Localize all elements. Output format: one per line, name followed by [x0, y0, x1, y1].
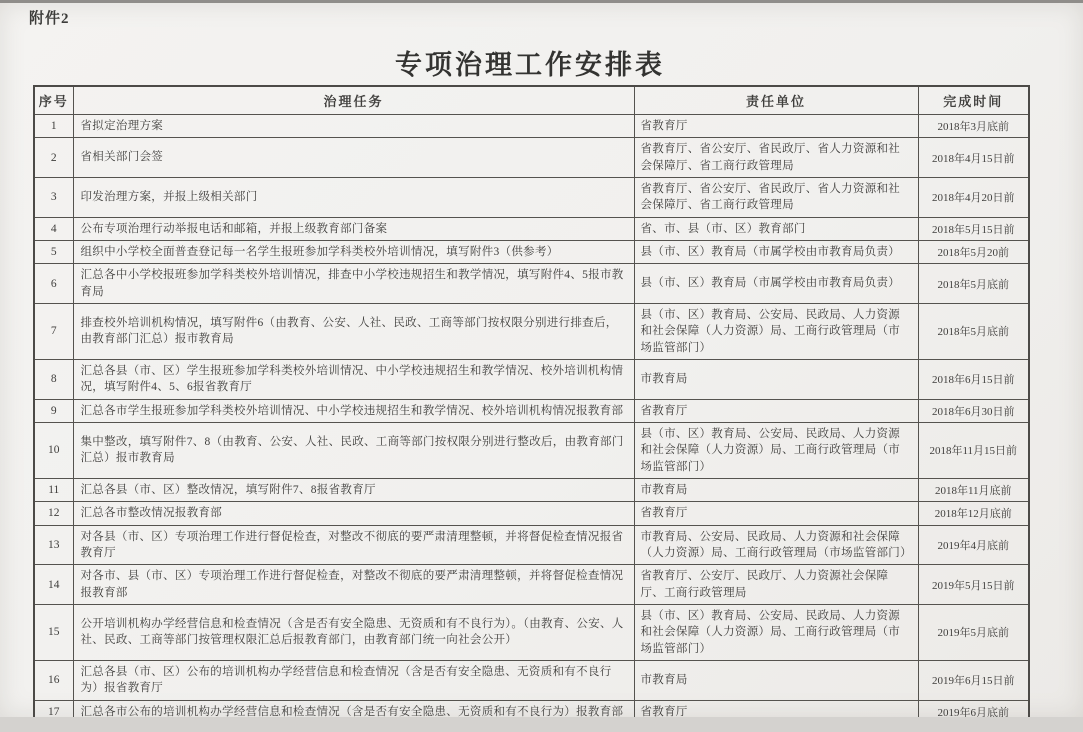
table-row: 8汇总各县（市、区）学生报班参加学科类校外培训情况、中小学校违规招生和教学情况、… [34, 359, 1029, 399]
table-row: 4公布专项治理行动举报电话和邮箱，并报上级教育部门备案省、市、县（市、区）教育部… [34, 217, 1029, 240]
row-number-cell: 1 [34, 115, 73, 138]
deadline-cell: 2018年5月20前 [918, 240, 1029, 263]
deadline-cell: 2018年5月底前 [918, 264, 1029, 304]
task-cell: 汇总各县（市、区）整改情况，填写附件7、8报省教育厅 [73, 478, 634, 501]
header-deadline: 完成时间 [918, 86, 1029, 115]
row-number-cell: 12 [34, 502, 73, 525]
deadline-cell: 2018年6月15日前 [918, 359, 1029, 399]
unit-cell: 市教育局 [634, 478, 918, 501]
unit-cell: 省教育厅 [634, 399, 918, 422]
unit-cell: 省教育厅 [634, 502, 918, 525]
row-number-cell: 16 [34, 660, 73, 700]
row-number-cell: 4 [34, 217, 73, 240]
task-cell: 排查校外培训机构情况，填写附件6（由教育、公安、人社、民政、工商等部门按权限分别… [73, 303, 634, 359]
unit-cell: 省教育厅 [634, 115, 918, 138]
table-row: 12汇总各市整改情况报教育部省教育厅2018年12月底前 [34, 502, 1029, 525]
task-cell: 印发治理方案，并报上级相关部门 [73, 177, 634, 217]
unit-cell: 县（市、区）教育局、公安局、民政局、人力资源和社会保障（人力资源）局、工商行政管… [634, 422, 918, 478]
task-cell: 汇总各中小学校报班参加学科类校外培训情况，排查中小学校违规招生和教学情况，填写附… [73, 264, 634, 304]
header-serial-number: 序号 [34, 86, 73, 115]
row-number-cell: 2 [34, 138, 73, 178]
table-row: 15公开培训机构办学经营信息和检查情况（含是否有安全隐患、无资质和有不良行为）。… [34, 604, 1029, 660]
table-body: 1省拟定治理方案省教育厅2018年3月底前2省相关部门会签省教育厅、省公安厅、省… [34, 115, 1029, 724]
attachment-label: 附件2 [29, 7, 70, 28]
table-row: 14对各市、县（市、区）专项治理工作进行督促检查，对整改不彻底的要严肃清理整顿，… [34, 565, 1029, 605]
row-number-cell: 15 [34, 604, 73, 660]
deadline-cell: 2018年6月30日前 [918, 399, 1029, 422]
task-cell: 对各县（市、区）专项治理工作进行督促检查，对整改不彻底的要严肃清理整顿，并将督促… [73, 525, 634, 565]
table-row: 5组织中小学校全面普查登记每一名学生报班参加学科类校外培训情况，填写附件3（供参… [34, 240, 1029, 263]
row-number-cell: 5 [34, 240, 73, 263]
table-row: 13对各县（市、区）专项治理工作进行督促检查，对整改不彻底的要严肃清理整顿，并将… [34, 525, 1029, 565]
unit-cell: 省、市、县（市、区）教育部门 [634, 217, 918, 240]
task-cell: 公开培训机构办学经营信息和检查情况（含是否有安全隐患、无资质和有不良行为）。（由… [73, 604, 634, 660]
table-row: 2省相关部门会签省教育厅、省公安厅、省民政厅、省人力资源和社会保障厅、省工商行政… [34, 138, 1029, 178]
table-row: 7排查校外培训机构情况，填写附件6（由教育、公安、人社、民政、工商等部门按权限分… [34, 303, 1029, 359]
scan-edge-bottom [0, 717, 1083, 732]
unit-cell: 市教育局 [634, 660, 918, 700]
unit-cell: 县（市、区）教育局（市属学校由市教育局负责） [634, 240, 918, 263]
document-title: 专项治理工作安排表 [0, 43, 1060, 82]
unit-cell: 县（市、区）教育局、公安局、民政局、人力资源和社会保障（人力资源）局、工商行政管… [634, 303, 918, 359]
row-number-cell: 6 [34, 264, 73, 304]
deadline-cell: 2018年11月15日前 [918, 422, 1029, 478]
deadline-cell: 2019年5月底前 [918, 604, 1029, 660]
table-row: 10集中整改，填写附件7、8（由教育、公安、人社、民政、工商等部门按权限分别进行… [34, 422, 1029, 478]
scanned-document-page: 附件2 专项治理工作安排表 序号 治理任务 责任单位 完成时间 1省拟定治理方案… [0, 0, 1083, 732]
task-cell: 集中整改，填写附件7、8（由教育、公安、人社、民政、工商等部门按权限分别进行整改… [73, 422, 634, 478]
table-header-row: 序号 治理任务 责任单位 完成时间 [34, 86, 1029, 115]
table-row: 3印发治理方案，并报上级相关部门省教育厅、省公安厅、省民政厅、省人力资源和社会保… [34, 177, 1029, 217]
task-cell: 汇总各县（市、区）公布的培训机构办学经营信息和检查情况（含是否有安全隐患、无资质… [73, 660, 634, 700]
task-cell: 汇总各市学生报班参加学科类校外培训情况、中小学校违规招生和教学情况、校外培训机构… [73, 399, 634, 422]
unit-cell: 省教育厅、省公安厅、省民政厅、省人力资源和社会保障厅、省工商行政管理局 [634, 177, 918, 217]
task-cell: 汇总各市整改情况报教育部 [73, 502, 634, 525]
task-cell: 对各市、县（市、区）专项治理工作进行督促检查，对整改不彻底的要严肃清理整顿，并将… [73, 565, 634, 605]
table-row: 11汇总各县（市、区）整改情况，填写附件7、8报省教育厅市教育局2018年11月… [34, 478, 1029, 501]
row-number-cell: 3 [34, 177, 73, 217]
work-arrangement-table: 序号 治理任务 责任单位 完成时间 1省拟定治理方案省教育厅2018年3月底前2… [33, 85, 1030, 725]
row-number-cell: 14 [34, 565, 73, 605]
table-row: 1省拟定治理方案省教育厅2018年3月底前 [34, 115, 1029, 138]
deadline-cell: 2019年5月15日前 [918, 565, 1029, 605]
table-row: 9汇总各市学生报班参加学科类校外培训情况、中小学校违规招生和教学情况、校外培训机… [34, 399, 1029, 422]
task-cell: 组织中小学校全面普查登记每一名学生报班参加学科类校外培训情况，填写附件3（供参考… [73, 240, 634, 263]
unit-cell: 县（市、区）教育局（市属学校由市教育局负责） [634, 264, 918, 304]
table-row: 6汇总各中小学校报班参加学科类校外培训情况，排查中小学校违规招生和教学情况，填写… [34, 264, 1029, 304]
deadline-cell: 2018年4月20日前 [918, 177, 1029, 217]
unit-cell: 省教育厅、公安厅、民政厅、人力资源社会保障厅、工商行政管理局 [634, 565, 918, 605]
paper-sheet: 附件2 专项治理工作安排表 序号 治理任务 责任单位 完成时间 1省拟定治理方案… [0, 3, 1083, 717]
header-task: 治理任务 [73, 86, 634, 115]
row-number-cell: 13 [34, 525, 73, 565]
deadline-cell: 2019年4月底前 [918, 525, 1029, 565]
unit-cell: 省教育厅、省公安厅、省民政厅、省人力资源和社会保障厅、省工商行政管理局 [634, 138, 918, 178]
header-responsible-unit: 责任单位 [634, 86, 918, 115]
deadline-cell: 2018年11月底前 [918, 478, 1029, 501]
unit-cell: 县（市、区）教育局、公安局、民政局、人力资源和社会保障（人力资源）局、工商行政管… [634, 604, 918, 660]
task-cell: 汇总各县（市、区）学生报班参加学科类校外培训情况、中小学校违规招生和教学情况、校… [73, 359, 634, 399]
deadline-cell: 2019年6月15日前 [918, 660, 1029, 700]
deadline-cell: 2018年5月15日前 [918, 217, 1029, 240]
row-number-cell: 7 [34, 303, 73, 359]
unit-cell: 市教育局 [634, 359, 918, 399]
task-cell: 公布专项治理行动举报电话和邮箱，并报上级教育部门备案 [73, 217, 634, 240]
row-number-cell: 11 [34, 478, 73, 501]
row-number-cell: 8 [34, 359, 73, 399]
row-number-cell: 9 [34, 399, 73, 422]
deadline-cell: 2018年5月底前 [918, 303, 1029, 359]
table-row: 16汇总各县（市、区）公布的培训机构办学经营信息和检查情况（含是否有安全隐患、无… [34, 660, 1029, 700]
row-number-cell: 10 [34, 422, 73, 478]
deadline-cell: 2018年12月底前 [918, 502, 1029, 525]
task-cell: 省相关部门会签 [73, 138, 634, 178]
deadline-cell: 2018年4月15日前 [918, 138, 1029, 178]
task-cell: 省拟定治理方案 [73, 115, 634, 138]
deadline-cell: 2018年3月底前 [918, 115, 1029, 138]
unit-cell: 市教育局、公安局、民政局、人力资源和社会保障（人力资源）局、工商行政管理局（市场… [634, 525, 918, 565]
